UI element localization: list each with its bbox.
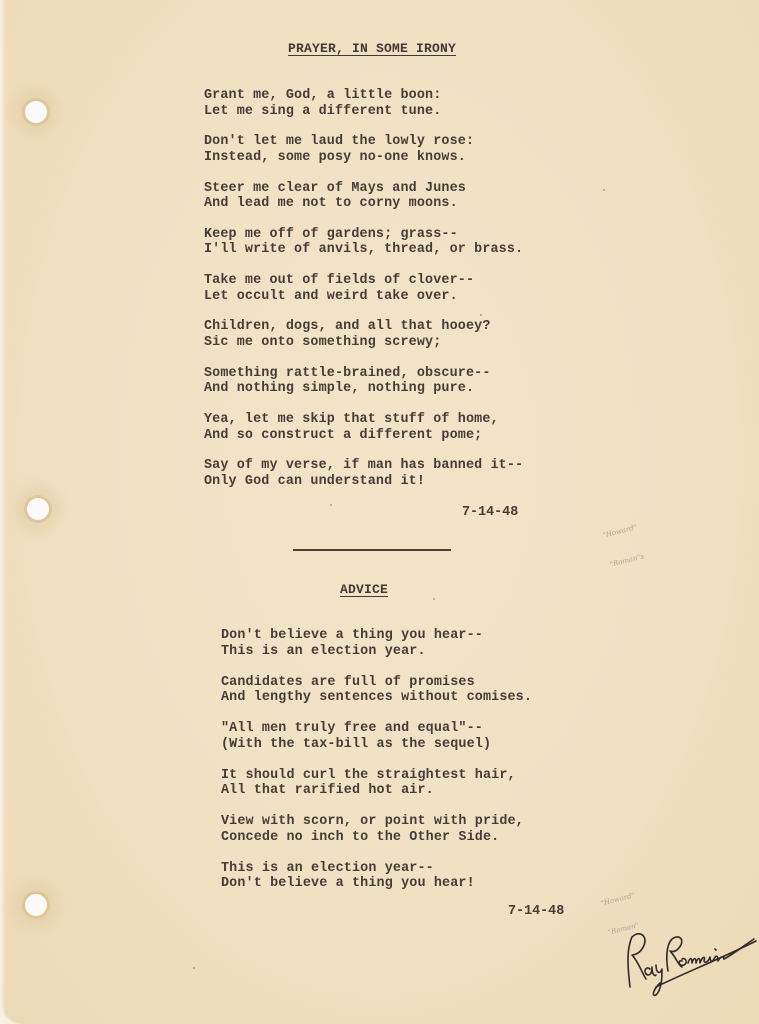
poem-line: This is an election year. xyxy=(221,644,532,660)
poem-line: I'll write of anvils, thread, or brass. xyxy=(204,242,523,258)
stanza: "All men truly free and equal"--(With th… xyxy=(221,721,532,752)
paper-speck xyxy=(193,967,195,969)
stanza: Take me out of fields of clover--Let occ… xyxy=(204,273,523,304)
punch-hole xyxy=(27,498,49,520)
stanza: It should curl the straightest hair,All … xyxy=(221,768,532,799)
stanza: Keep me off of gardens; grass--I'll writ… xyxy=(204,227,523,258)
poem-line: (With the tax-bill as the sequel) xyxy=(221,737,532,753)
poem-line: View with scorn, or point with pride, xyxy=(221,814,532,830)
poem-line: Something rattle-brained, obscure-- xyxy=(204,366,523,382)
stanza: View with scorn, or point with pride,Con… xyxy=(221,814,532,845)
section-divider xyxy=(293,549,451,551)
poem-line: Don't believe a thing you hear! xyxy=(221,876,532,892)
poem-line: Say of my verse, if man has banned it-- xyxy=(204,458,523,474)
paper-speck xyxy=(603,189,605,191)
poem-body: Don't believe a thing you hear--This is … xyxy=(221,628,532,907)
stanza: Candidates are full of promisesAnd lengt… xyxy=(221,675,532,706)
typewritten-page: PRAYER, IN SOME IRONY Grant me, God, a l… xyxy=(0,0,759,1024)
stanza: This is an election year--Don't believe … xyxy=(221,861,532,892)
stanza: Steer me clear of Mays and JunesAnd lead… xyxy=(204,181,523,212)
poem-date: 7-14-48 xyxy=(508,904,564,919)
poem-line: Keep me off of gardens; grass-- xyxy=(204,227,523,243)
pencil-note-line: "Howard" xyxy=(602,522,638,540)
stanza: Say of my verse, if man has banned it--O… xyxy=(204,458,523,489)
stanza: Don't let me laud the lowly rose:Instead… xyxy=(204,134,523,165)
punch-hole xyxy=(25,894,47,916)
pencil-note-line: "Roman"s xyxy=(609,551,645,569)
poem-line: And lead me not to corny moons. xyxy=(204,196,523,212)
poem-line: Children, dogs, and all that hooey? xyxy=(204,319,523,335)
paper-speck xyxy=(480,314,482,316)
poem-date: 7-14-48 xyxy=(462,505,518,520)
poem-line: And nothing simple, nothing pure. xyxy=(204,381,523,397)
stanza: Yea, let me skip that stuff of home,And … xyxy=(204,412,523,443)
punch-hole xyxy=(25,101,47,123)
poem-line: All that rarified hot air. xyxy=(221,783,532,799)
stanza: Don't believe a thing you hear--This is … xyxy=(221,628,532,659)
paper-speck xyxy=(330,504,332,506)
poem-line: Candidates are full of promises xyxy=(221,675,532,691)
stanza: Children, dogs, and all that hooey?Sic m… xyxy=(204,319,523,350)
poem-line: Concede no inch to the Other Side. xyxy=(221,830,532,846)
poem-body: Grant me, God, a little boon:Let me sing… xyxy=(204,88,523,505)
paper-speck xyxy=(433,598,435,600)
poem-line: Sic me onto something screwy; xyxy=(204,335,523,351)
poem-line: This is an election year-- xyxy=(221,861,532,877)
stanza: Something rattle-brained, obscure--And n… xyxy=(204,366,523,397)
poem-line: Only God can understand it! xyxy=(204,474,523,490)
poem-line: Don't let me laud the lowly rose: xyxy=(204,134,523,150)
poem-line: Let me sing a different tune. xyxy=(204,104,523,120)
poem-title: PRAYER, IN SOME IRONY xyxy=(288,41,456,56)
poem-line: And lengthy sentences without comises. xyxy=(221,690,532,706)
stanza: Grant me, God, a little boon:Let me sing… xyxy=(204,88,523,119)
handwritten-signature xyxy=(620,925,759,1005)
poem-line: Steer me clear of Mays and Junes xyxy=(204,181,523,197)
poem-line: Instead, some posy no-one knows. xyxy=(204,150,523,166)
poem-line: Let occult and weird take over. xyxy=(204,289,523,305)
poem-line: Don't believe a thing you hear-- xyxy=(221,628,532,644)
poem-line: It should curl the straightest hair, xyxy=(221,768,532,784)
poem-line: Take me out of fields of clover-- xyxy=(204,273,523,289)
poem-line: "All men truly free and equal"-- xyxy=(221,721,532,737)
poem-line: And so construct a different pome; xyxy=(204,428,523,444)
pencil-note: "Howard" "Roman"s xyxy=(597,503,650,589)
pencil-note-line: "Howard" xyxy=(600,890,636,908)
poem-line: Grant me, God, a little boon: xyxy=(204,88,523,104)
poem-line: Yea, let me skip that stuff of home, xyxy=(204,412,523,428)
poem-title: ADVICE xyxy=(340,582,388,597)
